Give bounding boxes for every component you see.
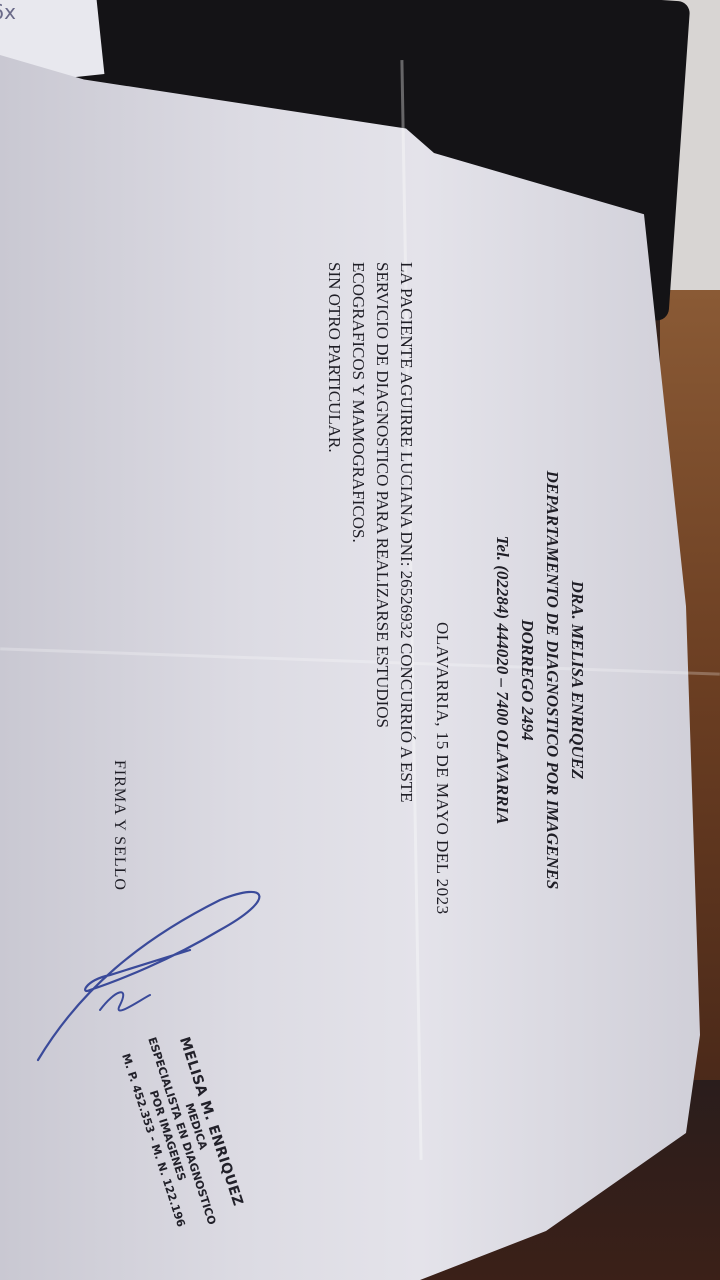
doctor-name: DRA. MELISA ENRIQUEZ [565,400,590,960]
phone-city: Tel. (02284) 444020 – 7400 OLAVARRIA [490,400,515,960]
photo-scene: 6x DRA. MELISA ENRIQUEZ DEPARTAMENTO DE … [0,0,720,1280]
body-line: SIN OTRO PARTICULAR. [322,262,346,803]
address: DORREGO 2494 [515,400,540,960]
body-line: ECOGRAFICOS Y MAMOGRAFICOS. [346,262,370,803]
letterhead: DRA. MELISA ENRIQUEZ DEPARTAMENTO DE DIA… [490,400,590,960]
certificate-body: LA PACIENTE AGUIRRE LUCIANA DNI: 2652693… [322,262,418,803]
department-name: DEPARTAMENTO DE DIAGNOSTICO POR IMAGENES [540,400,565,960]
date-line: OLAVARRIA, 15 DE MAYO DEL 2023 [432,622,452,915]
document-content: DRA. MELISA ENRIQUEZ DEPARTAMENTO DE DIA… [0,0,720,1280]
body-line: SERVICIO DE DIAGNOSTICO PARA REALIZARSE … [370,262,394,803]
body-line: LA PACIENTE AGUIRRE LUCIANA DNI: 2652693… [394,262,418,803]
